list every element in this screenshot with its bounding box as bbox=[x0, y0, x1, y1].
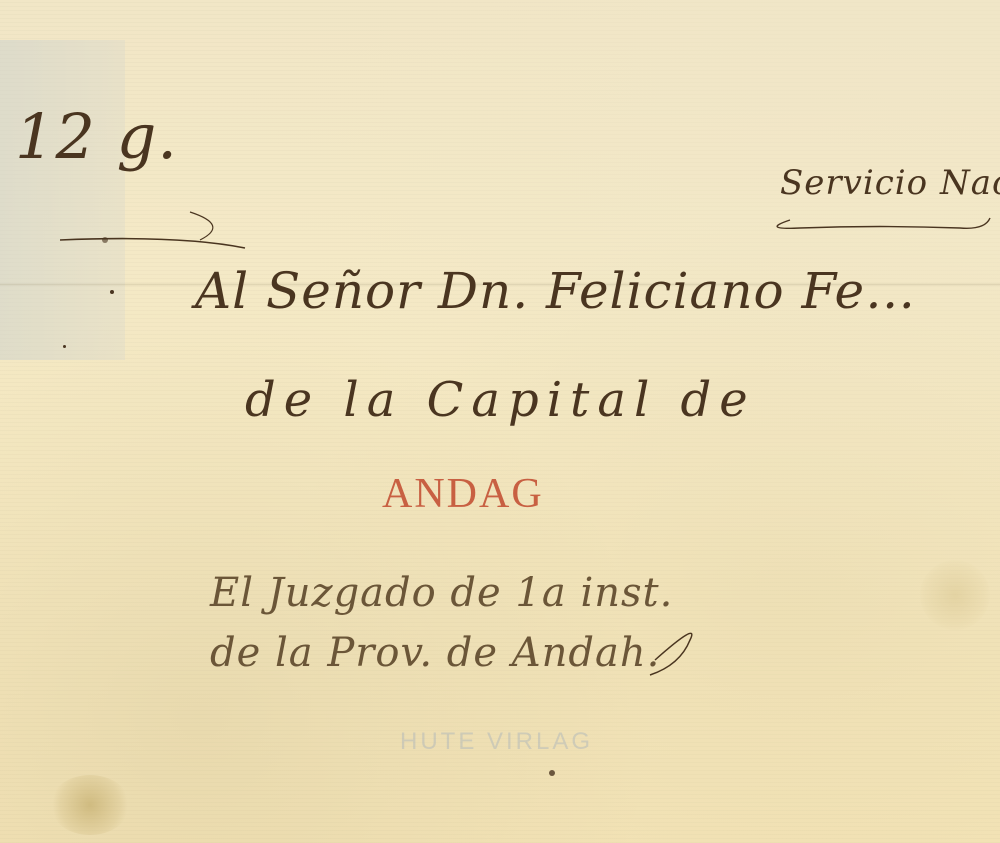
sender-line-1: El Juzgado de 1a inst. bbox=[210, 570, 673, 616]
address-line-2: de la Capital de bbox=[245, 372, 756, 428]
ink-spot bbox=[549, 770, 555, 776]
ink-spot bbox=[102, 237, 108, 243]
postmark-stamp: ANDAG bbox=[382, 470, 544, 518]
ink-spot bbox=[110, 290, 114, 294]
faint-watermark: HUTE VIRLAG bbox=[400, 728, 593, 756]
paper-stain bbox=[920, 560, 990, 630]
address-line-1: Al Señor Dn. Feliciano Fe… bbox=[195, 262, 916, 320]
postage-mark: 12 g. bbox=[15, 100, 178, 173]
sender-line-2: de la Prov. de Andah. bbox=[210, 630, 660, 676]
paper-stain bbox=[50, 775, 130, 835]
service-note: Servicio Nacional bbox=[780, 163, 1000, 203]
letter-paper: 12 g. Servicio Nacional Al Señor Dn. Fel… bbox=[0, 0, 1000, 843]
ink-spot bbox=[63, 345, 66, 348]
